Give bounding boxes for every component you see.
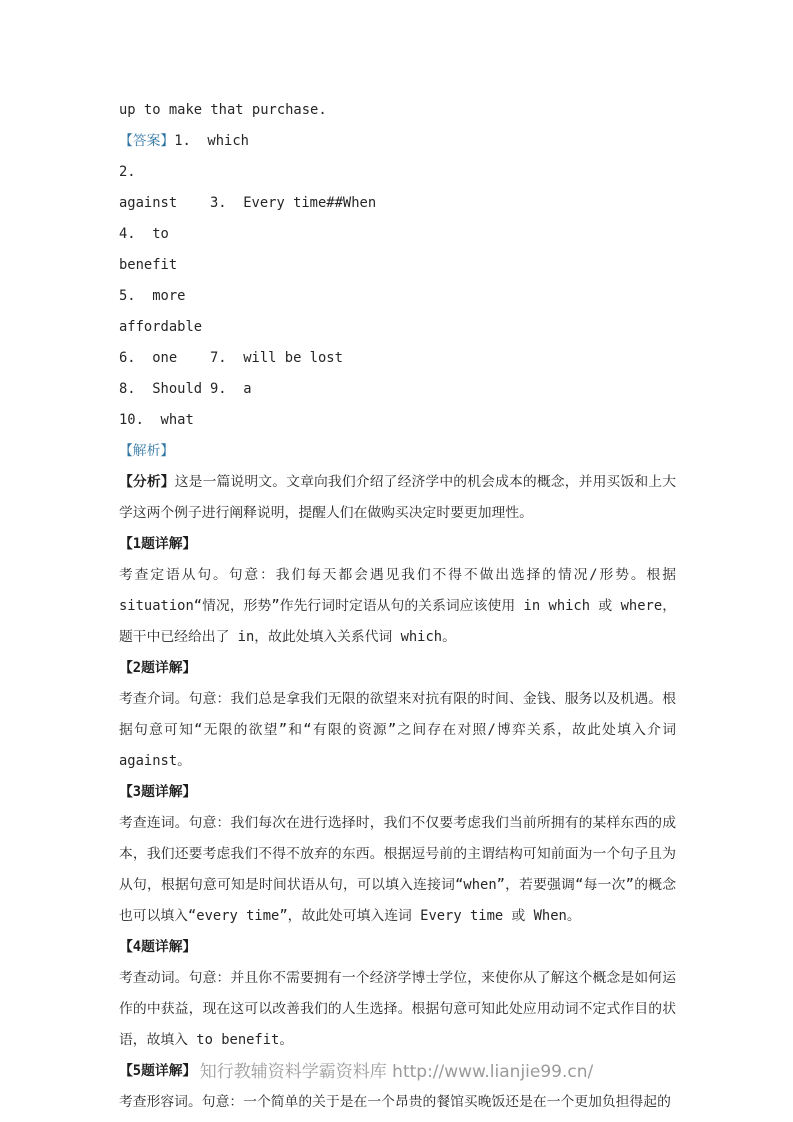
explanation-section-1: 【1题详解】 考查定语从句。句意：我们每天都会遇见我们不得不做出选择的情况/形势… xyxy=(119,529,676,653)
footer-text: 知行教辅资料学霸资料库 http://www.lianjie99.cn/ xyxy=(200,1062,593,1082)
answer-item-2: 2. against xyxy=(119,157,210,219)
explanation-section-3: 【3题详解】 考查连词。句意：我们每次在进行选择时，我们不仅要考虑我们当前所拥有… xyxy=(119,777,676,932)
explanation-3-heading: 【3题详解】 xyxy=(119,777,676,808)
explanation-5-text: 考查形容词。句意：一个简单的关于是在一个昂贵的餐馆买晚饭还是在一个更加负担得起的 xyxy=(119,1087,676,1118)
overview-label: 【分析】 xyxy=(119,474,175,490)
explanation-section-4: 【4题详解】 考查动词。句意：并且你不需要拥有一个经济学博士学位，来使你从了解这… xyxy=(119,932,676,1056)
answer-item-7: 7. will be lost xyxy=(210,350,343,366)
overview-text: 这是一篇说明文。文章向我们介绍了经济学中的机会成本的概念，并用买饭和上大学这两个… xyxy=(119,474,676,521)
analysis-heading: 【解析】 xyxy=(119,436,676,467)
explanation-4-heading: 【4题详解】 xyxy=(119,932,676,963)
answer-row: 2. against3. Every time##When xyxy=(119,157,676,219)
answer-label: 【答案】 xyxy=(119,133,174,149)
explanation-1-text: 考查定语从句。句意：我们每天都会遇见我们不得不做出选择的情况/形势。根据 sit… xyxy=(119,560,676,653)
answer-item-8: 8. Should xyxy=(119,374,210,405)
answer-item-5: 5. more affordable xyxy=(119,281,210,343)
explanation-1-heading: 【1题详解】 xyxy=(119,529,676,560)
answer-item-1: 1. which xyxy=(174,133,249,149)
answer-item-4: 4. to benefit xyxy=(119,219,210,281)
answer-item-6: 6. one xyxy=(119,343,210,374)
analysis-label: 【解析】 xyxy=(119,443,174,459)
answer-heading: 【答案】1. which xyxy=(119,126,676,157)
answer-row: 6. one7. will be lost xyxy=(119,343,676,374)
document-page: up to make that purchase. 【答案】1. which 2… xyxy=(0,0,793,1122)
explanation-2-heading: 【2题详解】 xyxy=(119,653,676,684)
overview-paragraph: 【分析】这是一篇说明文。文章向我们介绍了经济学中的机会成本的概念，并用买饭和上大… xyxy=(119,467,676,529)
answer-item-9: 9. a xyxy=(210,381,252,397)
leading-text: up to make that purchase. xyxy=(119,95,676,126)
document-content: up to make that purchase. 【答案】1. which 2… xyxy=(119,95,676,1118)
answer-row: 5. more affordable xyxy=(119,281,676,343)
answer-item-10: 10. what xyxy=(119,405,210,436)
footer: 知行教辅资料学霸资料库 http://www.lianjie99.cn/ xyxy=(0,1057,793,1082)
explanation-4-text: 考查动词。句意：并且你不需要拥有一个经济学博士学位，来使你从了解这个概念是如何运… xyxy=(119,963,676,1056)
explanation-3-text: 考查连词。句意：我们每次在进行选择时，我们不仅要考虑我们当前所拥有的某样东西的成… xyxy=(119,808,676,932)
explanation-2-text: 考查介词。句意：我们总是拿我们无限的欲望来对抗有限的时间、金钱、服务以及机遇。根… xyxy=(119,684,676,777)
answer-row: 8. Should9. a xyxy=(119,374,676,405)
answer-row: 10. what xyxy=(119,405,676,436)
answer-item-3: 3. Every time##When xyxy=(210,195,376,211)
answer-row: 4. to benefit xyxy=(119,219,676,281)
explanation-section-2: 【2题详解】 考查介词。句意：我们总是拿我们无限的欲望来对抗有限的时间、金钱、服… xyxy=(119,653,676,777)
